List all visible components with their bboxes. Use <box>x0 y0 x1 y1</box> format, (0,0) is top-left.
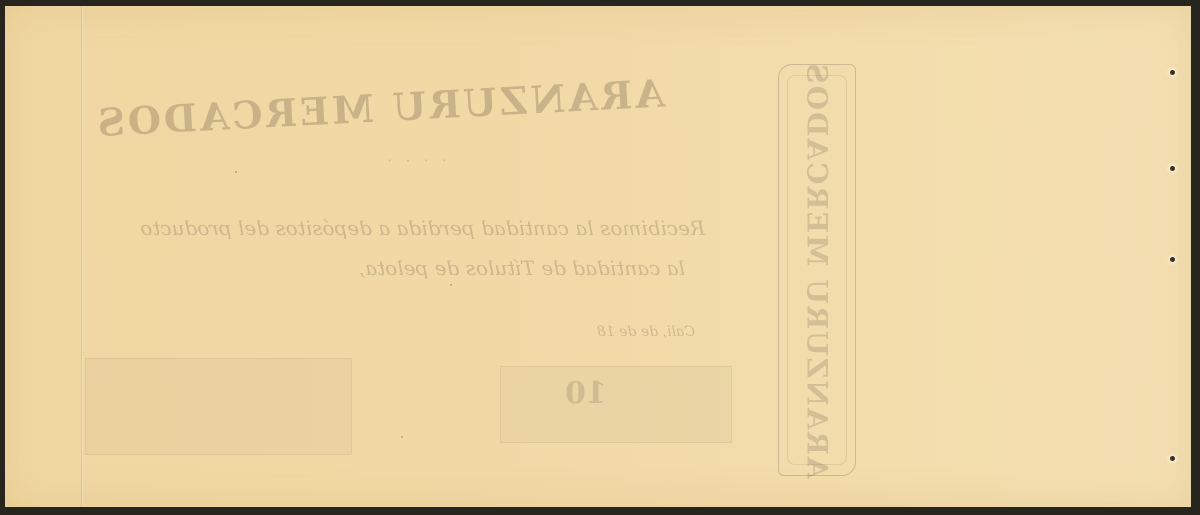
paper-speck <box>235 171 237 173</box>
counterfoil-border: ARANZURU MERCADOS <box>778 64 856 476</box>
ghost-script-line-1: Recibimos la cantidad perdida a depósito… <box>65 216 705 240</box>
ghost-vignette-center <box>500 366 732 443</box>
ghost-title-text: ARANZURU MERCADOS <box>144 70 666 142</box>
counterfoil-text: ARANZURU MERCADOS <box>801 61 834 478</box>
scan-frame: ARANZURU MERCADOS · · · · Recibimos la c… <box>0 0 1200 515</box>
ghost-subtitle-text: · · · · <box>155 151 675 170</box>
ghost-script-line-3: Cali, de de 18 <box>435 324 695 340</box>
ghost-vignette-left <box>85 358 352 455</box>
punch-hole <box>1170 166 1175 171</box>
punch-hole <box>1170 70 1175 75</box>
punch-hole <box>1170 456 1175 461</box>
ghost-amount: 10 <box>565 376 607 411</box>
fold-line <box>81 6 83 507</box>
ghost-script-line-2: la cantidad de Títulos de pelota, <box>265 256 685 280</box>
paper-speck <box>401 436 403 438</box>
paper-speck <box>450 284 452 286</box>
certificate-paper: ARANZURU MERCADOS · · · · Recibimos la c… <box>5 6 1191 507</box>
punch-hole <box>1170 257 1175 262</box>
